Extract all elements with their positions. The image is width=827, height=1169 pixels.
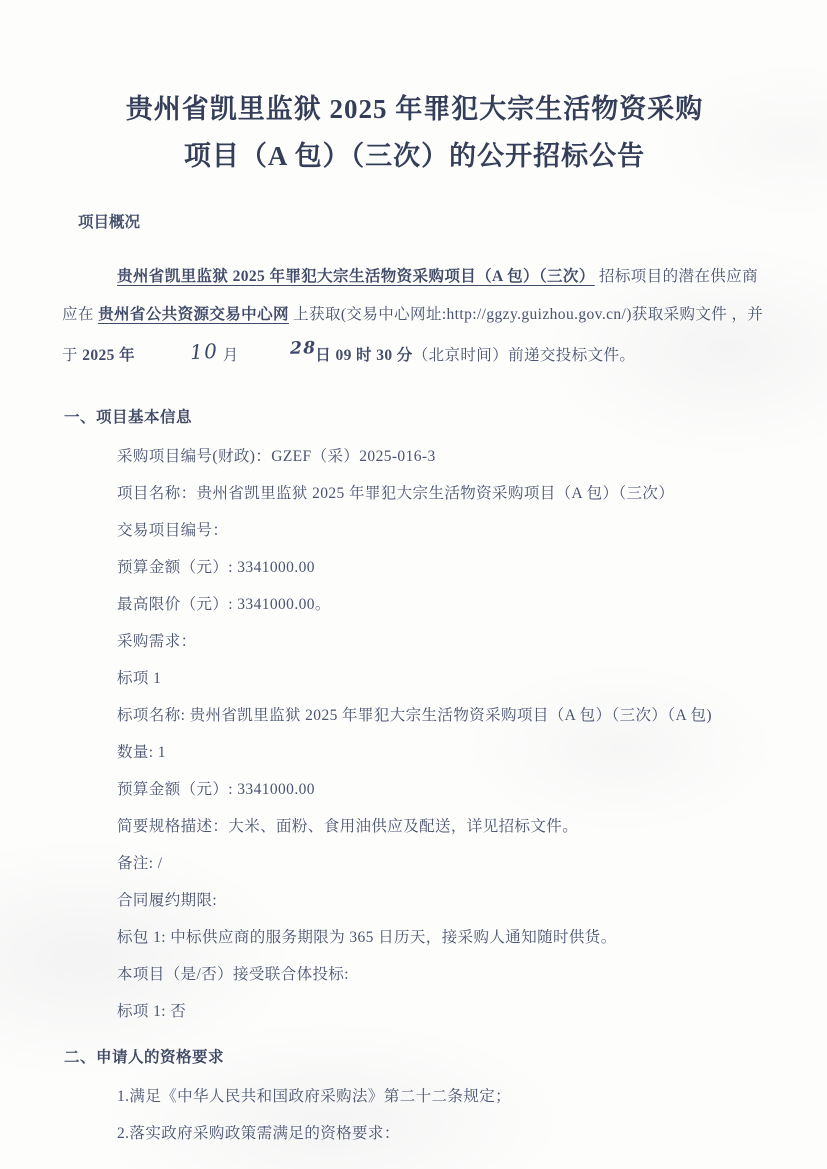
document-title-line2: 项目（A 包）（三次）的公开招标公告	[184, 141, 645, 171]
info-line-transaction-number: 交易项目编号：	[62, 519, 767, 542]
info-line-procurement-number: 采购项目编号(财政)：GZEF（采）2025-016-3	[62, 445, 767, 468]
qualification-item-2: 2.落实政府采购政策需满足的资格要求：	[62, 1122, 767, 1145]
info-line-spec-description: 简要规格描述：大米、面粉、食用油供应及配送，详见招标文件。	[62, 815, 767, 838]
info-line-lot-name: 标项名称: 贵州省凯里监狱 2025 年罪犯大宗生活物资采购项目（A 包）（三次…	[62, 704, 767, 727]
section2-heading: 二、申请人的资格要求	[64, 1045, 767, 1067]
info-line-project-name: 项目名称：贵州省凯里监狱 2025 年罪犯大宗生活物资采购项目（A 包）（三次）	[62, 482, 767, 505]
section-gap	[62, 1037, 767, 1045]
document-title-line1: 贵州省凯里监狱 2025 年罪犯大宗生活物资采购	[126, 94, 704, 124]
info-line-remark: 备注: /	[62, 852, 767, 875]
document-title: 贵州省凯里监狱 2025 年罪犯大宗生活物资采购 项目（A 包）（三次）的公开招…	[68, 86, 761, 180]
overview-line3-suffix: （北京时间）前递交投标文件。	[413, 347, 636, 364]
info-line-procurement-demand: 采购需求：	[62, 630, 767, 653]
bid-day-time: 日 09 时 30 分	[315, 347, 412, 364]
bid-year: 2025 年	[82, 347, 135, 364]
info-line-budget-amount: 预算金额（元）: 3341000.00	[62, 556, 767, 579]
section1-heading: 一、项目基本信息	[64, 405, 767, 427]
overview-paragraph: 贵州省凯里监狱 2025 年罪犯大宗生活物资采购项目（A 包）（三次） 招标项目…	[62, 258, 767, 375]
info-line-quantity: 数量: 1	[62, 741, 767, 764]
info-line-lot1-no: 标项 1: 否	[62, 1000, 767, 1023]
overview-line2-suffix: 上获取(交易中心网址:http://ggzy.guizhou.gov.cn/)	[289, 306, 632, 323]
info-line-contract-term: 合同履约期限:	[62, 889, 767, 912]
overview-heading: 项目概况	[78, 210, 767, 232]
handwritten-day-number: 28	[234, 329, 316, 368]
info-line-lot-1: 标项 1	[62, 667, 767, 690]
qualification-item-1: 1.满足《中华人民共和国政府采购法》第二十二条规定；	[62, 1085, 767, 1108]
info-line-max-price: 最高限价（元）: 3341000.00。	[62, 593, 767, 616]
info-line-lot-budget: 预算金额（元）: 3341000.00	[62, 778, 767, 801]
info-line-consortium-bidding: 本项目（是/否）接受联合体投标:	[62, 963, 767, 986]
handwritten-month-number: 10	[134, 332, 219, 374]
platform-name-underlined: 贵州省公共资源交易中心网	[98, 306, 289, 323]
overview-after-project: 招标项目的潜在供应	[595, 268, 742, 285]
scanned-document-page: 贵州省凯里监狱 2025 年罪犯大宗生活物资采购 项目（A 包）（三次）的公开招…	[0, 0, 827, 1169]
info-line-package-service-term: 标包 1: 中标供应商的服务期限为 365 日历天，接采购人通知随时供货。	[62, 926, 767, 949]
project-name-underlined: 贵州省凯里监狱 2025 年罪犯大宗生活物资采购项目（A 包）（三次）	[117, 268, 595, 285]
